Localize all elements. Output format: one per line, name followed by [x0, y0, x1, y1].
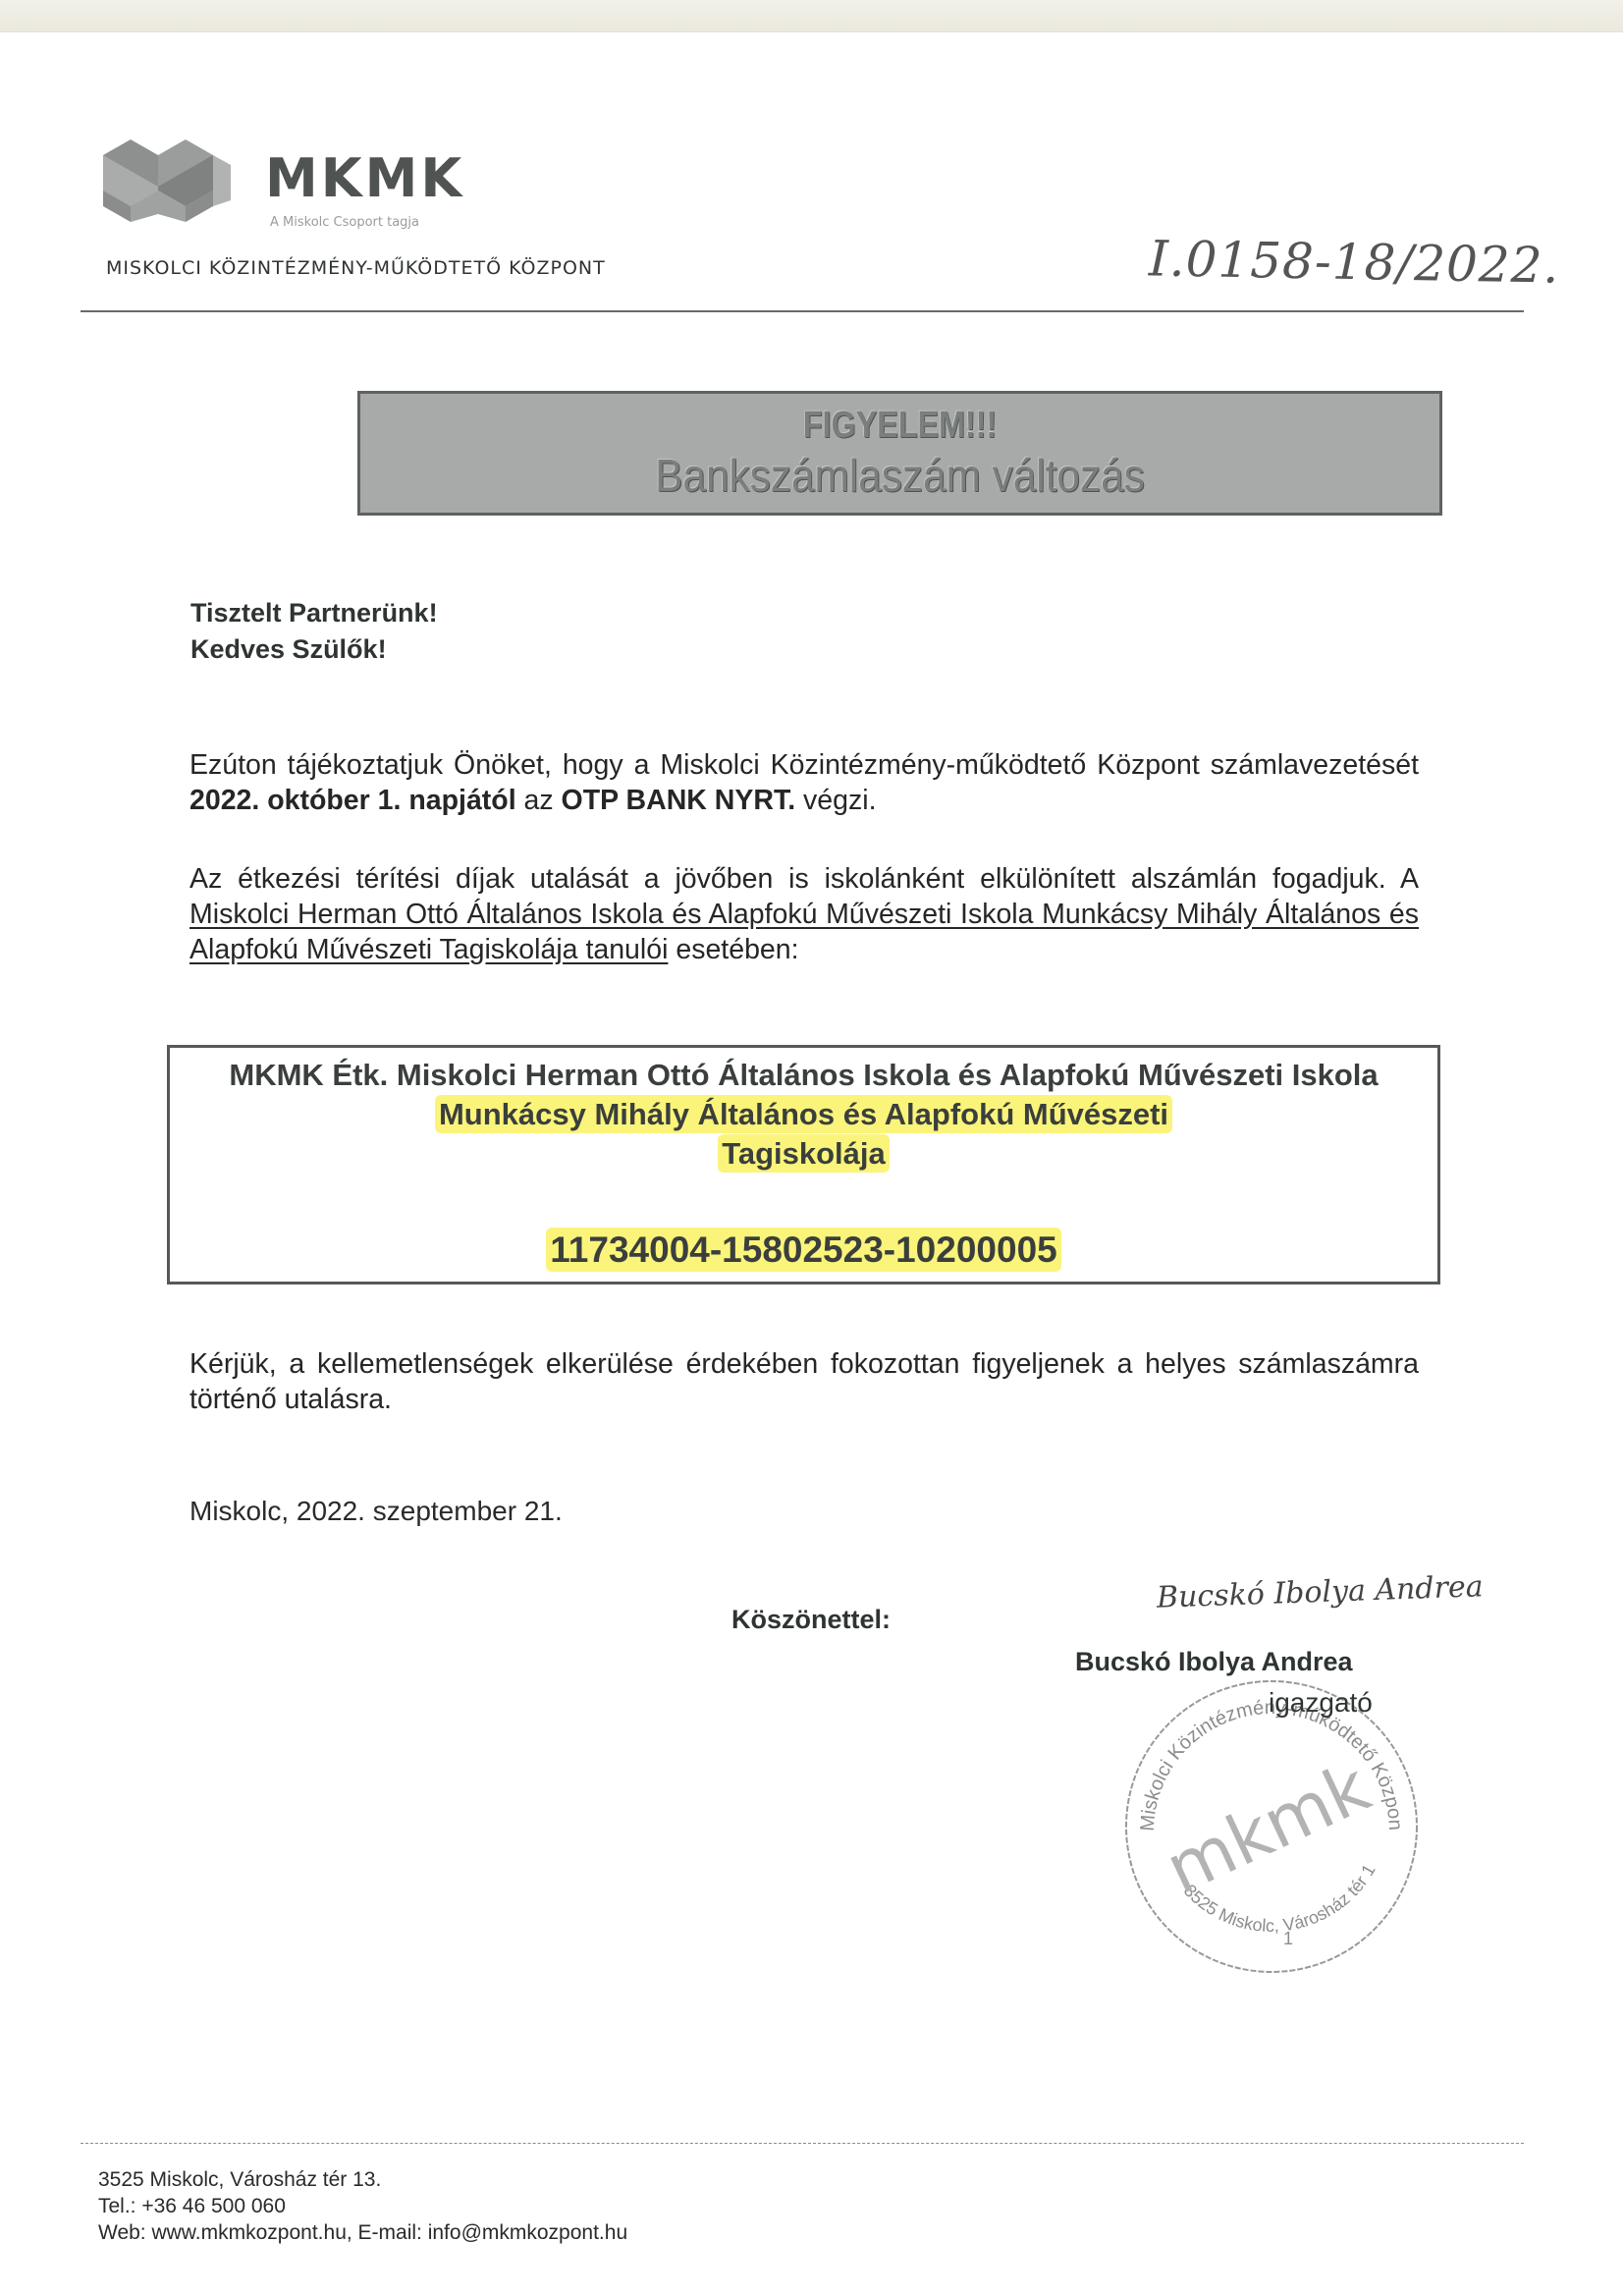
highlighted-school-name-2: Tagiskolája: [718, 1134, 890, 1173]
banner-subtitle: Bankszámlaszám változás: [404, 449, 1396, 502]
mkmk-cube-logo-icon: [103, 136, 236, 224]
brand-tagline: A Miskolc Csoport tagja: [270, 215, 419, 230]
paragraph-bank-change: Ezúton tájékoztatjuk Önöket, hogy a Misk…: [189, 747, 1419, 818]
greeting: Tisztelt Partnerünk! Kedves Szülők!: [190, 595, 438, 668]
signer-name: Bucskó Ibolya Andrea: [1075, 1647, 1353, 1677]
text: végzi.: [795, 785, 876, 816]
account-details-box: MKMK Étk. Miskolci Herman Ottó Általános…: [167, 1045, 1440, 1285]
bank-name: OTP BANK NYRT.: [562, 785, 796, 816]
svg-text:1: 1: [1283, 1929, 1293, 1948]
paragraph-request: Kérjük, a kellemetlenségek elkerülése ér…: [189, 1346, 1419, 1417]
text: esetében:: [668, 934, 798, 965]
closing-thanks: Köszönettel:: [731, 1605, 891, 1635]
highlighted-school-name: Munkácsy Mihály Általános és Alapfokú Mű…: [435, 1095, 1172, 1133]
footer-divider: [81, 2143, 1524, 2144]
brand-name: MKMK: [265, 147, 464, 209]
text: Az étkezési térítési díjak utalását a jö…: [189, 863, 1419, 895]
signer-title: igazgató: [1269, 1687, 1373, 1719]
notice-banner: FIGYELEM!!! Bankszámlaszám változás: [357, 391, 1442, 516]
greeting-line-1: Tisztelt Partnerünk!: [190, 595, 438, 631]
account-holder-name: MKMK Étk. Miskolci Herman Ottó Általános…: [189, 1056, 1418, 1174]
handwritten-signature: Bucskó Ibolya Andrea: [1156, 1569, 1484, 1615]
account-number-text: 11734004-15802523-10200005: [546, 1228, 1060, 1272]
text: Ezúton tájékoztatjuk Önöket, hogy a Misk…: [189, 749, 1419, 781]
banner-title: FIGYELEM!!!: [441, 405, 1358, 447]
header-divider: [81, 310, 1524, 312]
scan-top-edge: [0, 0, 1623, 32]
school-name-underlined: Miskolci Herman Ottó Általános Iskola és…: [189, 899, 1419, 965]
bank-account-number: 11734004-15802523-10200005: [170, 1230, 1437, 1271]
footer-contact: 3525 Miskolc, Városház tér 13. Tel.: +36…: [98, 2166, 627, 2246]
footer-address: 3525 Miskolc, Városház tér 13.: [98, 2166, 627, 2193]
footer-web-email: Web: www.mkmkozpont.hu, E-mail: info@mkm…: [98, 2219, 627, 2246]
paragraph-subaccount: Az étkezési térítési díjak utalását a jö…: [189, 861, 1419, 967]
footer-phone: Tel.: +36 46 500 060: [98, 2193, 627, 2219]
effective-date: 2022. október 1. napjától: [189, 785, 516, 816]
organization-name: MISKOLCI KÖZINTÉZMÉNY-MŰKÖDTETŐ KÖZPONT: [106, 257, 606, 279]
text: az: [516, 785, 562, 816]
place-and-date: Miskolc, 2022. szeptember 21.: [189, 1496, 563, 1527]
text: MKMK Étk. Miskolci Herman Ottó Általános…: [229, 1058, 1378, 1092]
handwritten-reference-number: I.0158-18/2022.: [1149, 230, 1560, 294]
greeting-line-2: Kedves Szülők!: [190, 631, 438, 668]
